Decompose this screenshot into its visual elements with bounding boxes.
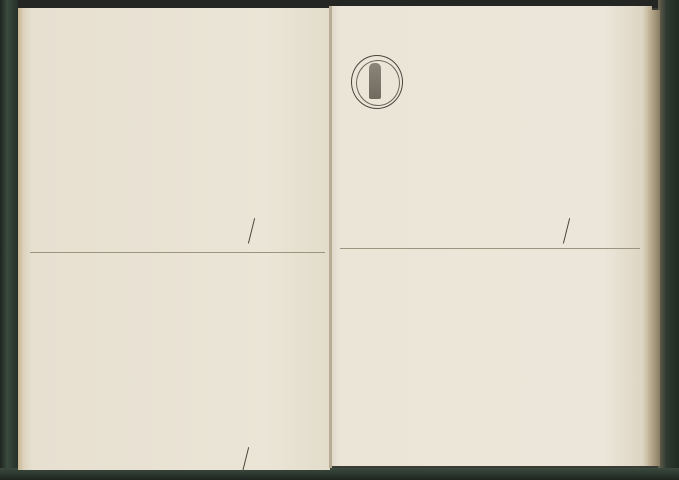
fiscal-stamp xyxy=(351,55,403,109)
book-gutter xyxy=(329,6,332,468)
book-cover-right xyxy=(658,0,679,480)
act-divider-left xyxy=(30,252,325,253)
left-page xyxy=(18,8,330,470)
book-cover-left xyxy=(0,0,18,480)
justice-figure-icon xyxy=(369,63,381,99)
page-edges xyxy=(648,10,660,466)
act-divider-right xyxy=(340,248,640,249)
register-book xyxy=(0,0,679,480)
